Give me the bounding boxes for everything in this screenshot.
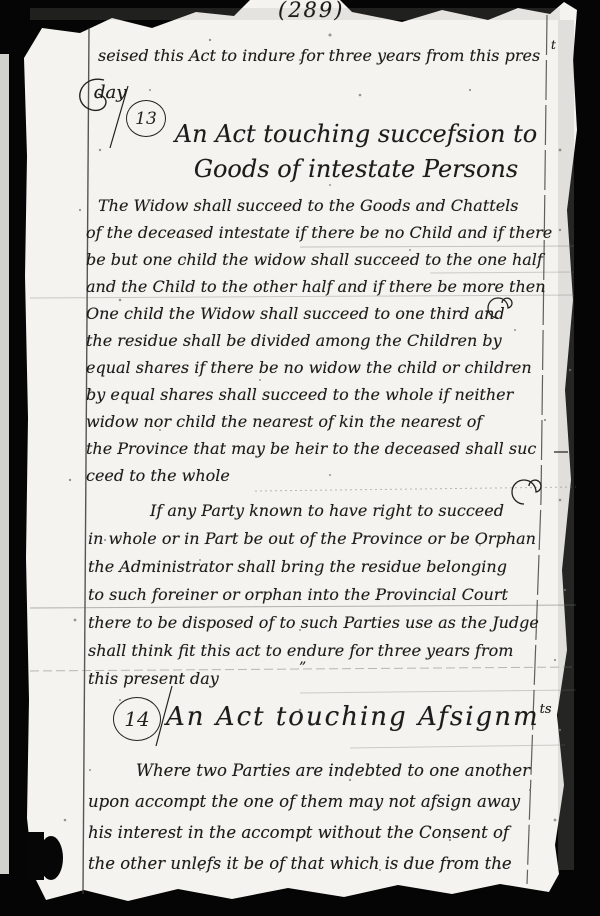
manuscript-line: in whole or in Part be out of the Provin… xyxy=(88,525,539,553)
manuscript-line: If any Party known to have right to succ… xyxy=(150,497,539,525)
manuscript-line: of the deceased intestate if there be no… xyxy=(86,219,552,246)
manuscript-line: Where two Parties are indebted to one an… xyxy=(136,755,530,786)
section-13-paragraph-1: The Widow shall succeed to the Goods and… xyxy=(86,192,552,489)
page-number: (289) xyxy=(278,0,344,22)
manuscript-line: the residue shall be divided among the C… xyxy=(86,327,552,354)
continuation-line: seised this Act to indure for three year… xyxy=(98,46,540,65)
section-13-number: 13 xyxy=(126,100,166,137)
stray-pen-mark: ” xyxy=(299,660,306,676)
section-13-paragraph-2: If any Party known to have right to succ… xyxy=(88,497,539,693)
continuation-word-day: day xyxy=(94,82,126,103)
manuscript-line: to such foreiner or orphan into the Prov… xyxy=(88,581,539,609)
manuscript-line: widow nor child the nearest of kin the n… xyxy=(86,408,552,435)
manuscript-line: equal shares if there be no widow the ch… xyxy=(86,354,552,381)
section-13-title: An Act touching succefsion to Goods of i… xyxy=(170,117,542,187)
manuscript-line: The Widow shall succeed to the Goods and… xyxy=(98,192,552,219)
title-text: An Act touching Afsignm xyxy=(166,702,540,732)
manuscript-line: shall think fit this act to endure for t… xyxy=(88,637,539,665)
manuscript-line: upon accompt the one of them may not afs… xyxy=(88,786,530,817)
manuscript-line: by equal shares shall succeed to the who… xyxy=(86,381,552,408)
manuscript-line: this present day xyxy=(88,665,539,693)
manuscript-line: ceed to the whole xyxy=(86,462,552,489)
manuscript-line: the Administrator shall bring the residu… xyxy=(88,553,539,581)
title-superscript: ts xyxy=(540,702,552,717)
manuscript-line: the Province that may be heir to the dec… xyxy=(86,435,552,462)
section-14-number: 14 xyxy=(113,697,161,741)
manuscript-line: and the Child to the other half and if t… xyxy=(86,273,552,300)
manuscript-scan: (289) seised this Act to indure for thre… xyxy=(0,0,600,916)
section-14-title: An Act touching Afsignmts xyxy=(166,702,552,732)
manuscript-line: the other unlefs it be of that which is … xyxy=(88,848,530,879)
manuscript-line: One child the Widow shall succeed to one… xyxy=(86,300,552,327)
manuscript-line: be but one child the widow shall succeed… xyxy=(86,246,552,273)
manuscript-line: his interest in the accompt without the … xyxy=(88,817,530,848)
section-14-paragraph: Where two Parties are indebted to one an… xyxy=(88,755,530,879)
continuation-superscript: t xyxy=(551,38,556,52)
manuscript-line: there to be disposed of to such Parties … xyxy=(88,609,539,637)
section-number-label: 13 xyxy=(135,109,157,129)
adjacent-page-edge xyxy=(0,54,9,874)
title-line: Goods of intestate Persons xyxy=(170,152,542,187)
title-line: An Act touching succefsion to xyxy=(170,117,542,152)
section-number-label: 14 xyxy=(124,707,149,731)
